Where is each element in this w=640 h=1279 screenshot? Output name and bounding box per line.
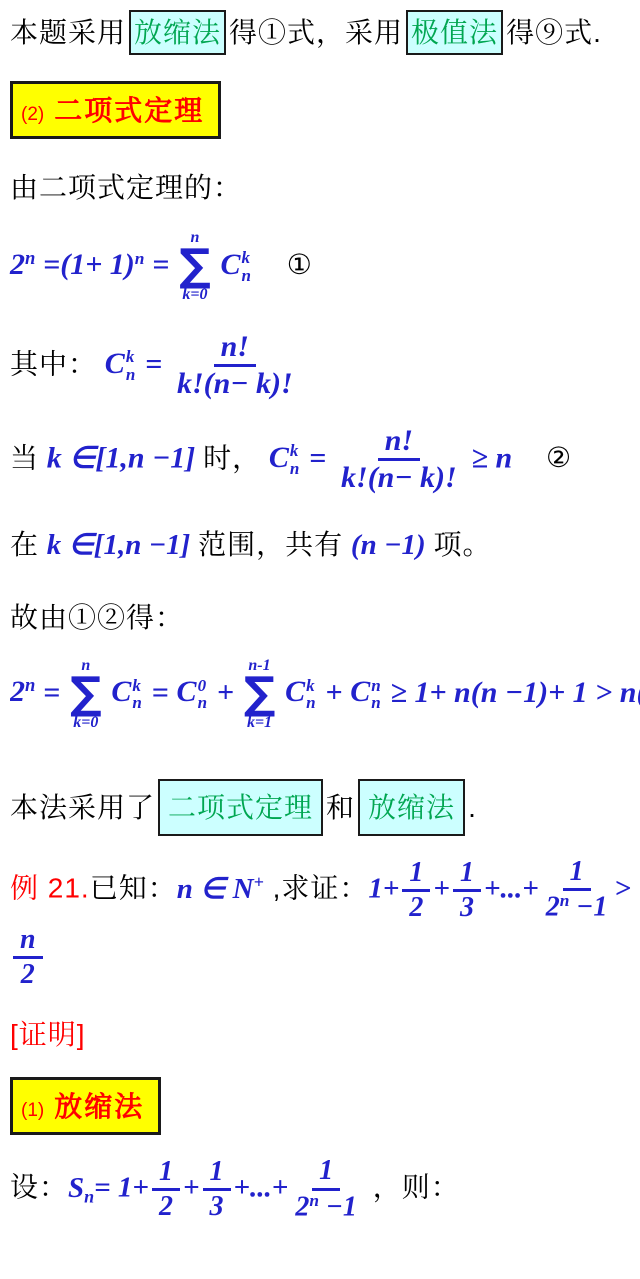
math-c: C — [111, 675, 131, 708]
math-term: =(1+ 1) — [43, 248, 135, 281]
math-equals: = 1+ — [94, 1172, 149, 1204]
binomial-coefficient: Ckn — [105, 347, 137, 380]
summation: n-1 ∑ k=1 — [244, 657, 276, 732]
math-term-count: (n −1) — [351, 529, 426, 561]
fraction-denominator: 2n −1 — [542, 891, 612, 924]
math-lead: 1+ — [368, 873, 399, 905]
math-equals: = — [152, 248, 169, 281]
highlight-binomial-theorem: 二项式定理 — [158, 779, 323, 836]
math-plus: + — [433, 873, 450, 905]
equation-tag-2: ② — [546, 441, 571, 474]
where-label: 其中： — [10, 348, 97, 379]
math-greater: > — [614, 873, 631, 905]
math-exponent: n — [25, 675, 35, 696]
fraction-denominator: 2 — [17, 959, 39, 991]
math-rest: −1 — [569, 892, 607, 923]
math-base: 2 — [295, 1191, 309, 1222]
fraction-denominator: 2 — [155, 1191, 177, 1223]
math-sup: k — [290, 442, 299, 460]
binomial-coefficient: Ckn — [285, 675, 317, 708]
intro-text-1: 本题采用 — [10, 17, 126, 48]
section-heading-wrap-binomial: (2)二项式定理 — [10, 81, 640, 139]
fraction: 12n −1 — [291, 1155, 361, 1223]
math-plus: + — [325, 675, 342, 708]
sigma-icon: ∑ — [244, 674, 276, 714]
math-base: 2 — [546, 892, 560, 923]
section-heading-binomial: (2)二项式定理 — [10, 81, 221, 139]
method-line: 本法采用了二项式定理和放缩法. — [10, 779, 640, 836]
math-sub: n — [306, 694, 315, 712]
section-heading-wrap-fangsuo: (1)放缩法 — [10, 1077, 640, 1135]
let-text-2: ，则： — [364, 1172, 460, 1203]
fraction: 12 — [152, 1156, 180, 1223]
fraction: 13 — [203, 1156, 231, 1223]
math-range: k ∈[1,n −1] — [47, 529, 191, 561]
binomial-coefficient: C0n — [177, 675, 209, 708]
section-number: (1) — [21, 1100, 44, 1121]
fraction: n! k!(n− k)! — [173, 330, 297, 402]
proof-label: [证明] — [10, 1016, 640, 1054]
math-c: C — [177, 675, 197, 708]
math-term: 2n — [10, 248, 35, 281]
highlight-jizhifa: 极值法 — [406, 10, 503, 55]
math-exponent: + — [254, 872, 264, 892]
section-title: 二项式定理 — [54, 95, 204, 126]
fraction-denominator: k!(n− k)! — [337, 461, 461, 496]
fraction: 12n −1 — [542, 856, 612, 924]
binomial-coefficient: Ckn — [269, 441, 301, 474]
binomial-coefficient: Ckn — [111, 675, 143, 708]
math-exponent: n — [560, 891, 570, 910]
fraction-denominator: 3 — [206, 1191, 228, 1223]
fraction-numerator: 1 — [152, 1156, 180, 1191]
fraction-numerator: n — [13, 924, 43, 959]
sup-sub-stack: kn — [242, 249, 251, 285]
math-equals: = — [43, 675, 60, 708]
sup-sub-stack: kn — [126, 348, 135, 384]
binomial-coefficient: Cnn — [350, 675, 382, 708]
math-c: C — [105, 347, 125, 380]
math-tail: ≥ 1+ n(n −1)+ 1 > n(n −1 — [391, 675, 640, 708]
when-line: 当 k ∈[1,n −1] 时， Ckn = n! k!(n− k)! ≥ n … — [10, 424, 640, 496]
fraction-numerator: 1 — [563, 856, 591, 891]
math-sup: n — [371, 677, 380, 695]
math-equals: = — [145, 347, 162, 380]
fraction-numerator: 1 — [402, 857, 430, 892]
fraction-denominator: 2n −1 — [291, 1191, 361, 1224]
fraction-numerator: n! — [214, 330, 256, 368]
sum-lower-limit: k=1 — [247, 714, 272, 732]
fraction-numerator: 1 — [453, 857, 481, 892]
math-c: C — [285, 675, 305, 708]
math-plus: + — [217, 675, 234, 708]
range-text-2: 范围，共有 — [198, 529, 343, 560]
summation: n ∑ k=0 — [70, 657, 102, 732]
math-sup: k — [132, 677, 141, 695]
math-c: C — [221, 248, 241, 281]
fraction-denominator: k!(n− k)! — [173, 367, 297, 402]
math-notes-page: 本题采用放缩法得①式，采用极值法得⑨式. (2)二项式定理 由二项式定理的： 2… — [0, 0, 640, 1223]
math-sub: n — [126, 366, 135, 384]
math-sub: n — [242, 267, 251, 285]
math-range: k ∈[1,n −1] — [47, 441, 195, 474]
math-subscript: n — [84, 1186, 94, 1206]
math-c: C — [350, 675, 370, 708]
range-line: 在 k ∈[1,n −1] 范围，共有 (n −1) 项。 — [10, 526, 640, 565]
fraction: 12 — [402, 857, 430, 924]
fraction-denominator: 3 — [456, 892, 478, 924]
where-line: 其中： Ckn = n! k!(n− k)! — [10, 330, 640, 402]
when-text-2: 时， — [203, 442, 261, 473]
math-sup: k — [126, 348, 135, 366]
math-exponent: n — [25, 247, 35, 268]
equation-tag-1: ① — [287, 248, 312, 281]
let-line: 设：Sn= 1+12+13+...+12n −1 ，则： — [10, 1155, 640, 1223]
fraction-numerator: n! — [378, 424, 420, 462]
math-sub: n — [198, 694, 207, 712]
math-sup: 0 — [198, 677, 207, 695]
section-title: 放缩法 — [54, 1091, 144, 1122]
sigma-icon: ∑ — [179, 246, 211, 286]
section-number: (2) — [21, 104, 44, 125]
fraction: n2 — [13, 924, 43, 991]
math-Sn: Sn — [68, 1172, 94, 1204]
sup-sub-stack: kn — [290, 442, 299, 478]
sup-sub-stack: kn — [132, 677, 141, 713]
math-term: 2n — [10, 675, 35, 708]
hence-line: 故由①②得： — [10, 599, 640, 637]
fraction: n! k!(n− k)! — [337, 424, 461, 496]
highlight-fangsuofa: 放缩法 — [129, 10, 226, 55]
intro-line: 本题采用放缩法得①式，采用极值法得⑨式. — [10, 10, 640, 55]
math-sup: k — [306, 677, 315, 695]
math-base: n ∈ N — [177, 873, 254, 905]
let-text-1: 设： — [10, 1172, 68, 1203]
example-label: 例 21. — [10, 873, 90, 904]
intro-text-3: 得⑨式. — [506, 17, 602, 48]
math-equals: = — [152, 675, 169, 708]
math-exponent: n — [135, 249, 145, 268]
math-sup: k — [242, 249, 251, 267]
fraction: 13 — [453, 857, 481, 924]
method-text-1: 本法采用了 — [10, 792, 155, 823]
sup-sub-stack: nn — [371, 677, 380, 713]
sup-sub-stack: 0n — [198, 677, 207, 713]
by-binomial-line: 由二项式定理的： — [10, 169, 640, 207]
math-base: 2 — [10, 675, 25, 708]
sum-lower-limit: k=0 — [182, 286, 207, 304]
method-text-3: . — [468, 792, 477, 823]
math-n-in-N: n ∈ N+ — [177, 873, 264, 905]
sigma-icon: ∑ — [70, 674, 102, 714]
math-equals: = — [309, 441, 326, 474]
math-sub: n — [290, 460, 299, 478]
intro-text-2: 得①式，采用 — [229, 17, 403, 48]
math-base: S — [68, 1172, 84, 1204]
fraction-numerator: 1 — [312, 1155, 340, 1190]
when-text-1: 当 — [10, 442, 39, 473]
math-base: 2 — [10, 248, 25, 281]
binomial-coefficient: Ckn — [221, 248, 253, 281]
fraction-denominator: 2 — [405, 892, 427, 924]
math-inequality: ≥ n — [472, 441, 513, 474]
formula-expand: 2n =(1+ 1)n = n ∑ k=0 Ckn ① — [10, 229, 640, 304]
math-rest: −1 — [319, 1191, 357, 1222]
example-line: 例 21.已知：n ∈ N+ ,求证：1+12+13+...+12n −1>n2 — [10, 856, 640, 991]
math-exponent: n — [309, 1191, 319, 1210]
formula-big: 2n = n ∑ k=0 Ckn = C0n + n-1 ∑ k=1 Ckn +… — [10, 657, 640, 732]
example-text-2: ,求证： — [264, 873, 369, 904]
math-ellipsis-plus: +...+ — [234, 1172, 289, 1204]
math-sub: n — [371, 694, 380, 712]
highlight-fangsuofa-2: 放缩法 — [358, 779, 465, 836]
math-plus: + — [183, 1172, 200, 1204]
sup-sub-stack: kn — [306, 677, 315, 713]
math-c: C — [269, 441, 289, 474]
math-sub: n — [132, 694, 141, 712]
range-text-1: 在 — [10, 529, 39, 560]
example-text-1: 已知： — [90, 873, 177, 904]
fraction-numerator: 1 — [203, 1156, 231, 1191]
method-text-2: 和 — [326, 792, 355, 823]
summation: n ∑ k=0 — [179, 229, 211, 304]
sum-lower-limit: k=0 — [73, 714, 98, 732]
math-ellipsis-plus: +...+ — [484, 873, 539, 905]
section-heading-fangsuo: (1)放缩法 — [10, 1077, 161, 1135]
range-text-3: 项。 — [433, 529, 491, 560]
